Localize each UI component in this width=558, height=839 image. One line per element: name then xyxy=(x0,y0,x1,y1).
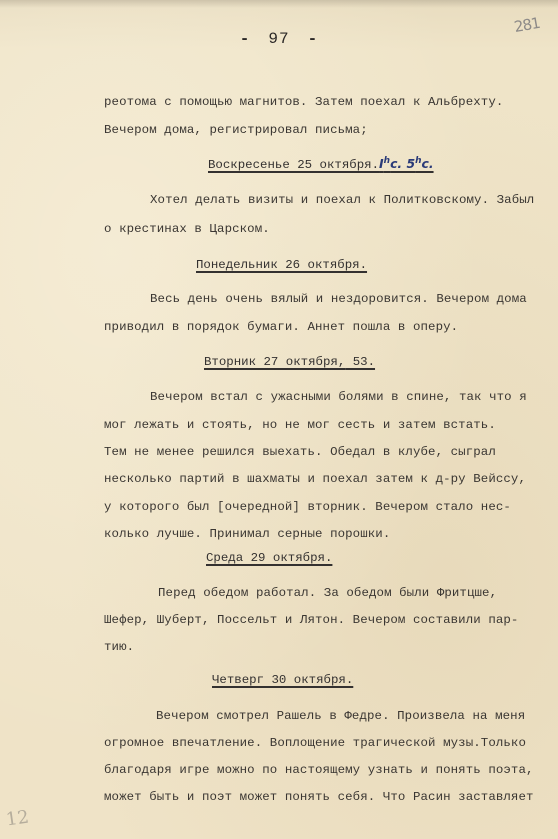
entry-heading-wednesday: Среда 29 октября. xyxy=(206,551,332,565)
text-line: Вечером дома, регистрировал письма; xyxy=(104,123,368,137)
text-line: у которого был [очередной] вторник. Вече… xyxy=(104,500,511,514)
text-line: огромное впечатление. Воплощение трагиче… xyxy=(104,736,526,750)
annotation-part: c. 5 xyxy=(390,156,415,171)
handwritten-annotation: Ihc. 5hc. xyxy=(379,156,434,171)
annotation-part: c. xyxy=(422,156,434,171)
page-number: -97- xyxy=(0,30,558,48)
pencil-margin-mark: 12 xyxy=(5,807,31,831)
text-line: несколько партий в шахматы и поехал зате… xyxy=(104,472,526,486)
text-line: о крестинах в Царском. xyxy=(104,222,270,236)
text-line: реотома с помощью магнитов. Затем поехал… xyxy=(104,95,503,109)
text-line: Шефер, Шуберт, Поссельт и Лятон. Вечером… xyxy=(104,613,518,627)
page-number-value: 97 xyxy=(268,30,289,48)
text-line: мог лежать и стоять, но не мог сесть и з… xyxy=(104,418,496,432)
entry-heading-text: Воскресенье 25 октября. xyxy=(208,158,379,172)
heading-annotation: 53. xyxy=(345,355,375,369)
page-number-dash-left: - xyxy=(240,30,251,48)
text-line: благодаря игре можно по настоящему узнат… xyxy=(104,763,534,777)
text-line: приводил в порядок бумаги. Аннет пошла в… xyxy=(104,320,458,334)
entry-heading-tuesday: Вторник 27 октября, 53. xyxy=(204,355,375,369)
text-line: тию. xyxy=(104,640,134,654)
text-line: Весь день очень вялый и нездоровится. Ве… xyxy=(150,292,527,306)
document-page: -97- 281 12 реотома с помощью магнитов. … xyxy=(0,0,558,839)
entry-heading-sunday: Воскресенье 25 октября.Ihc. 5hc. xyxy=(208,156,434,172)
text-line: Вечером встал с ужасными болями в спине,… xyxy=(150,390,527,404)
text-line: Вечером смотрел Рашель в Федре. Произвел… xyxy=(156,709,525,723)
text-line: Перед обедом работал. За обедом были Фри… xyxy=(158,586,497,600)
page-top-edge-shadow xyxy=(0,0,558,8)
entry-heading-text: Вторник 27 октября, xyxy=(204,355,345,369)
text-line: Хотел делать визиты и поехал к Политковс… xyxy=(150,193,534,207)
text-line: колько лучше. Принимал серные порошки. xyxy=(104,527,390,541)
text-line: Тем не менее решился выехать. Обедал в к… xyxy=(104,445,496,459)
entry-heading-thursday: Четверг 30 октября. xyxy=(212,673,353,687)
page-number-dash-right: - xyxy=(308,30,319,48)
text-line: может быть и поэт может понять себя. Что… xyxy=(104,790,534,804)
entry-heading-monday: Понедельник 26 октября. xyxy=(196,258,367,272)
